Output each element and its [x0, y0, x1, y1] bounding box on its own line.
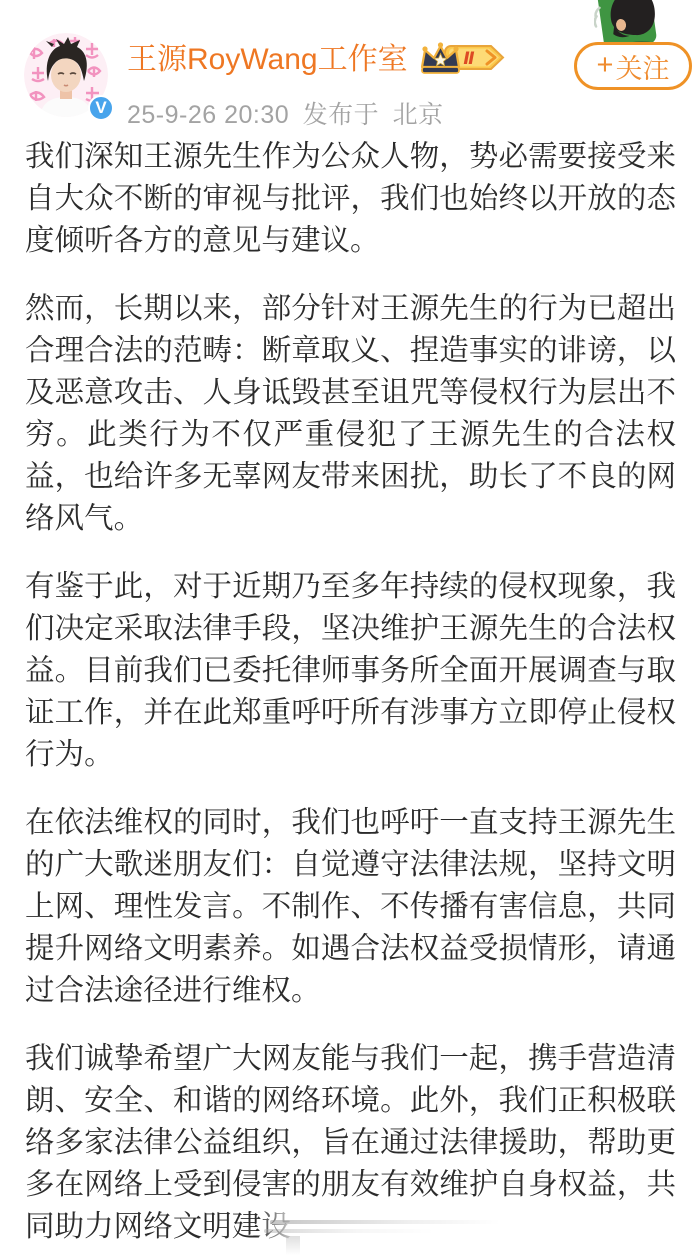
vip-crown-badge[interactable]: Ⅱ [417, 38, 509, 83]
post-paragraph: 在依法维权的同时，我们也呼吁一直支持王源先生的广大歌迷朋友们：自觉遵守法律法规，… [25, 802, 676, 1012]
plus-icon: + [597, 49, 614, 82]
post-header: V 王源RoyWang工作室 Ⅱ [0, 0, 700, 120]
post-meta-block: 王源RoyWang工作室 Ⅱ [127, 36, 509, 131]
post-timestamp: 25-9-26 20:30 发布于 北京 [127, 95, 509, 131]
location-text: 北京 [393, 101, 444, 129]
verified-badge-icon: V [88, 95, 114, 121]
timestamp-text: 25-9-26 20:30 [127, 101, 289, 129]
follow-button-label: 关注 [615, 47, 669, 86]
weibo-post-page: V 王源RoyWang工作室 Ⅱ [0, 0, 700, 1255]
username[interactable]: 王源RoyWang工作室 [127, 43, 408, 77]
post-body: 我们深知王源先生作为公众人物，势必需要接受来自大众不断的审视与批评，我们也始终以… [0, 120, 700, 1248]
vip-level-label: Ⅱ [463, 49, 474, 68]
avatar[interactable]: V [24, 33, 108, 117]
crown-icon: Ⅱ [417, 38, 509, 78]
post-paragraph: 我们深知王源先生作为公众人物，势必需要接受来自大众不断的审视与批评，我们也始终以… [25, 136, 676, 262]
post-paragraph: 我们诚挚希望广大网友能与我们一起，携手营造清朗、安全、和谐的网络环境。此外，我们… [25, 1038, 676, 1248]
post-paragraph: 然而，长期以来，部分针对王源先生的行为已超出合理合法的范畴：断章取义、捏造事实的… [25, 288, 676, 540]
follow-button[interactable]: + 关注 [574, 42, 692, 90]
posted-from-label: 发布于 [303, 101, 380, 129]
post-paragraph: 有鉴于此，对于近期乃至多年持续的侵权现象，我们决定采取法律手段，坚决维护王源先生… [25, 566, 676, 776]
